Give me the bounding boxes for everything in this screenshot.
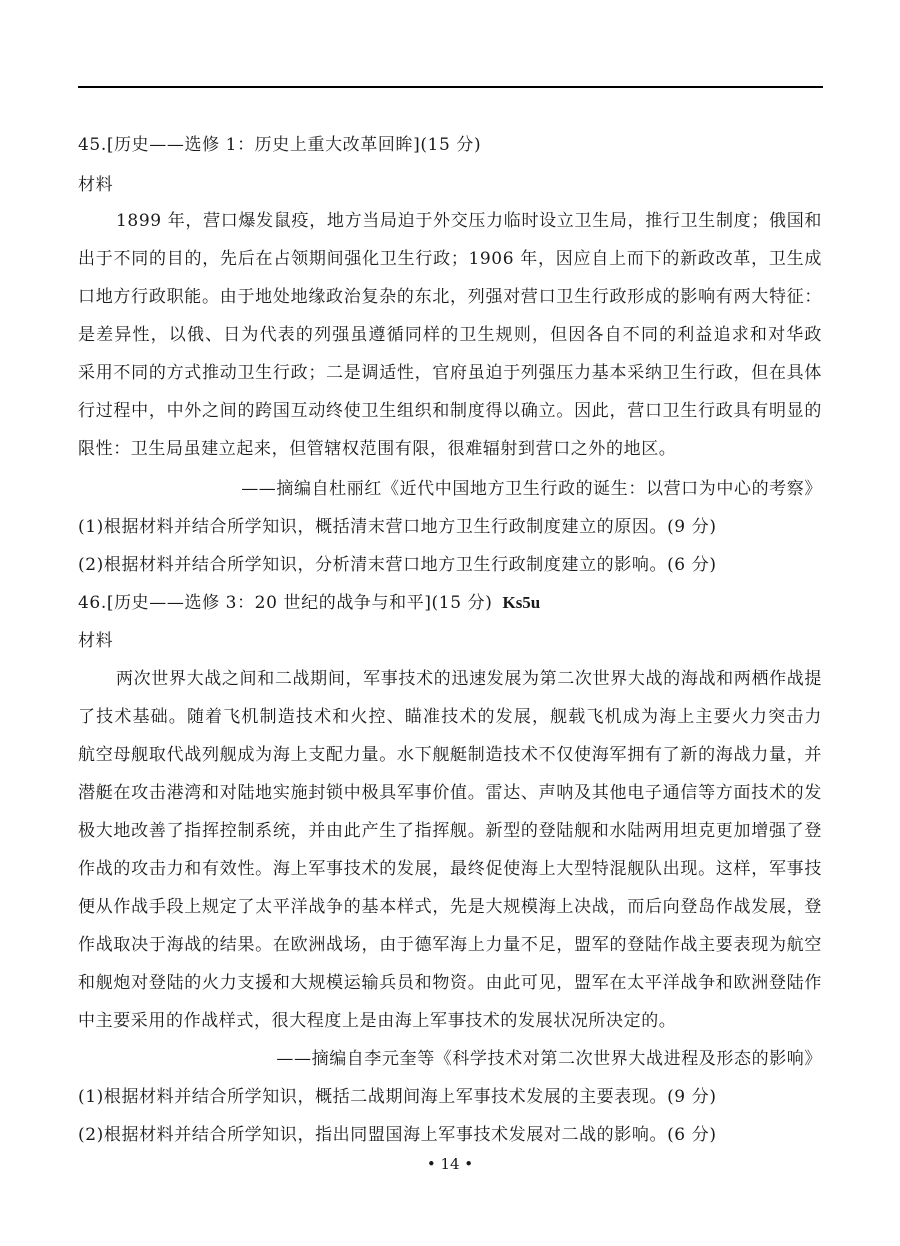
- page-number: • 14 •: [0, 1155, 900, 1173]
- q46-question-1: (1)根据材料并结合所学知识，概括二战期间海上军事技术发展的主要表现。(9 分): [78, 1086, 822, 1108]
- q45-paragraph-line: 出于不同的目的，先后在占领期间强化卫生行政；1906 年，因应自上而下的新政改革…: [78, 248, 822, 270]
- q45-paragraph-line: 是差异性，以俄、日为代表的列强虽遵循同样的卫生规则，但因各自不同的利益追求和对华…: [78, 324, 822, 346]
- q46-paragraph-line: 潜艇在攻击港湾和对陆地实施封锁中极具军事价值。雷达、声呐及其他电子通信等方面技术…: [78, 782, 822, 804]
- q46-paragraph-line: 作战的攻击力和有效性。海上军事技术的发展，最终促使海上大型特混舰队出现。这样，军…: [78, 858, 822, 880]
- q45-paragraph-line: 采用不同的方式推动卫生行政；二是调适性，官府虽迫于列强压力基本采纳卫生行政，但在…: [78, 362, 822, 384]
- q45-material-label: 材料: [78, 174, 822, 196]
- q45-source: ——摘编自杜丽红《近代中国地方卫生行政的诞生：以营口为中心的考察》: [78, 478, 822, 500]
- q46-paragraph-line: 两次世界大战之间和二战期间，军事技术的迅速发展为第二次世界大战的海战和两栖作战提…: [116, 668, 822, 690]
- q45-title: 45.[历史——选修 1：历史上重大改革回眸](15 分): [78, 134, 822, 156]
- q46-paragraph-line: 便从作战手段上规定了太平洋战争的基本样式，先是大规模海上决战，而后向登岛作战发展…: [78, 896, 822, 918]
- q46-paragraph-line: 中主要采用的作战样式，很大程度上是由海上军事技术的发展状况所决定的。: [78, 1010, 822, 1032]
- q45-paragraph-line: 口地方行政职能。由于地处地缘政治复杂的东北，列强对营口卫生行政形成的影响有两大特…: [78, 286, 822, 308]
- watermark-logo: Ks5u: [502, 593, 540, 612]
- q45-paragraph-line: 行过程中，中外之间的跨国互动终使卫生组织和制度得以确立。因此，营口卫生行政具有明…: [78, 400, 822, 422]
- q46-material-label: 材料: [78, 630, 822, 652]
- q45-paragraph-line: 限性：卫生局虽建立起来，但管辖权范围有限，很难辐射到营口之外的地区。: [78, 438, 822, 460]
- q46-source: ——摘编自李元奎等《科学技术对第二次世界大战进程及形态的影响》: [78, 1048, 822, 1070]
- q46-paragraph-line: 了技术基础。随着飞机制造技术和火控、瞄准技术的发展，舰载飞机成为海上主要火力突击…: [78, 706, 822, 728]
- q46-title: 46.[历史——选修 3：20 世纪的战争与和平](15 分): [78, 593, 492, 613]
- q45-question-2: (2)根据材料并结合所学知识，分析清末营口地方卫生行政制度建立的影响。(6 分): [78, 554, 822, 576]
- q46-paragraph-line: 航空母舰取代战列舰成为海上支配力量。水下舰艇制造技术不仅使海军拥有了新的海战力量…: [78, 744, 822, 766]
- q46-paragraph-line: 和舰炮对登陆的火力支援和大规模运输兵员和物资。由此可见，盟军在太平洋战争和欧洲登…: [78, 972, 822, 994]
- q46-title-row: 46.[历史——选修 3：20 世纪的战争与和平](15 分)Ks5u: [78, 592, 822, 614]
- q45-question-1: (1)根据材料并结合所学知识，概括清末营口地方卫生行政制度建立的原因。(9 分): [78, 516, 822, 538]
- q45-paragraph-line: 1899 年，营口爆发鼠疫，地方当局迫于外交压力临时设立卫生局，推行卫生制度；俄…: [116, 210, 822, 232]
- header-rule: [78, 86, 823, 88]
- q46-paragraph-line: 极大地改善了指挥控制系统，并由此产生了指挥舰。新型的登陆舰和水陆两用坦克更加增强…: [78, 820, 822, 842]
- q46-question-2: (2)根据材料并结合所学知识，指出同盟国海上军事技术发展对二战的影响。(6 分): [78, 1124, 822, 1146]
- q46-paragraph-line: 作战取决于海战的结果。在欧洲战场，由于德军海上力量不足，盟军的登陆作战主要表现为…: [78, 934, 822, 956]
